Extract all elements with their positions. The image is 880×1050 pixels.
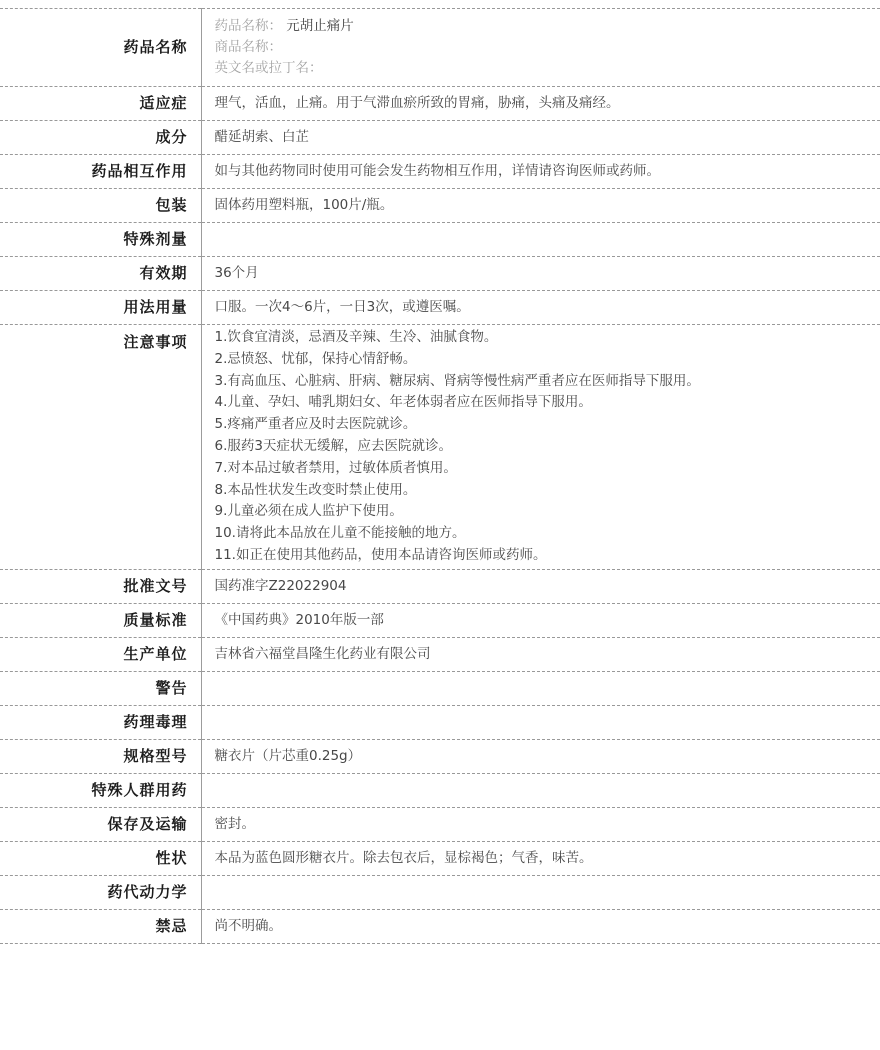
field-prefix: 商品名称： xyxy=(215,39,283,55)
drug-name-line: 药品名称： 元胡止痛片 xyxy=(215,16,871,37)
row-value: 国药准字Z22022904 xyxy=(201,569,880,603)
row-label: 包装 xyxy=(0,189,201,223)
table-row: 药品相互作用如与其他药物同时使用可能会发生药物相互作用，详情请咨询医师或药师。 xyxy=(0,155,880,189)
row-label: 有效期 xyxy=(0,257,201,291)
row-value xyxy=(201,705,880,739)
row-value: 糖衣片（片芯重0.25g） xyxy=(201,739,880,773)
table-row: 注意事项1.饮食宜清淡，忌酒及辛辣、生冷、油腻食物。2.忌愤怒、忧郁，保持心情舒… xyxy=(0,325,880,570)
row-label: 质量标准 xyxy=(0,603,201,637)
row-label: 成分 xyxy=(0,121,201,155)
row-label: 批准文号 xyxy=(0,569,201,603)
row-value: 口服。一次4～6片，一日3次，或遵医嘱。 xyxy=(201,291,880,325)
note-line: 1.饮食宜清淡，忌酒及辛辣、生冷、油腻食物。 xyxy=(215,327,871,349)
note-line: 2.忌愤怒、忧郁，保持心情舒畅。 xyxy=(215,349,871,371)
table-row: 适应症理气，活血，止痛。用于气滞血瘀所致的胃痛，胁痛，头痛及痛经。 xyxy=(0,87,880,121)
row-value: 尚不明确。 xyxy=(201,909,880,943)
drug-info-table-body: 药品名称药品名称： 元胡止痛片商品名称： 英文名或拉丁名： 适应症理气，活血，止… xyxy=(0,9,880,944)
note-line: 4.儿童、孕妇、哺乳期妇女、年老体弱者应在医师指导下服用。 xyxy=(215,392,871,414)
table-row: 警告 xyxy=(0,671,880,705)
note-line: 6.服药3天症状无缓解，应去医院就诊。 xyxy=(215,436,871,458)
row-value: 理气，活血，止痛。用于气滞血瘀所致的胃痛，胁痛，头痛及痛经。 xyxy=(201,87,880,121)
row-label: 特殊人群用药 xyxy=(0,773,201,807)
row-value: 本品为蓝色圆形糖衣片。除去包衣后，显棕褐色；气香，味苦。 xyxy=(201,841,880,875)
table-row: 特殊剂量 xyxy=(0,223,880,257)
row-label: 生产单位 xyxy=(0,637,201,671)
table-row: 包装固体药用塑料瓶，100片/瓶。 xyxy=(0,189,880,223)
table-row: 生产单位吉林省六福堂昌隆生化药业有限公司 xyxy=(0,637,880,671)
drug-info-table: 药品名称药品名称： 元胡止痛片商品名称： 英文名或拉丁名： 适应症理气，活血，止… xyxy=(0,8,880,944)
row-label: 特殊剂量 xyxy=(0,223,201,257)
row-value: 1.饮食宜清淡，忌酒及辛辣、生冷、油腻食物。2.忌愤怒、忧郁，保持心情舒畅。3.… xyxy=(201,325,880,570)
table-row: 性状本品为蓝色圆形糖衣片。除去包衣后，显棕褐色；气香，味苦。 xyxy=(0,841,880,875)
row-value: 密封。 xyxy=(201,807,880,841)
field-value: 元胡止痛片 xyxy=(286,18,354,34)
table-row: 成分醋延胡索、白芷 xyxy=(0,121,880,155)
row-label: 禁忌 xyxy=(0,909,201,943)
row-label: 药代动力学 xyxy=(0,875,201,909)
note-line: 8.本品性状发生改变时禁止使用。 xyxy=(215,480,871,502)
note-line: 10.请将此本品放在儿童不能接触的地方。 xyxy=(215,523,871,545)
row-value xyxy=(201,671,880,705)
row-label: 药品名称 xyxy=(0,9,201,87)
row-label: 用法用量 xyxy=(0,291,201,325)
table-row: 批准文号国药准字Z22022904 xyxy=(0,569,880,603)
table-row: 禁忌尚不明确。 xyxy=(0,909,880,943)
table-row: 用法用量口服。一次4～6片，一日3次，或遵医嘱。 xyxy=(0,291,880,325)
field-prefix: 英文名或拉丁名： xyxy=(215,60,323,76)
drug-name-line: 英文名或拉丁名： xyxy=(215,58,871,79)
row-value: 《中国药典》2010年版一部 xyxy=(201,603,880,637)
row-value: 36个月 xyxy=(201,257,880,291)
row-value: 醋延胡索、白芷 xyxy=(201,121,880,155)
row-value: 吉林省六福堂昌隆生化药业有限公司 xyxy=(201,637,880,671)
row-label: 保存及运输 xyxy=(0,807,201,841)
table-row: 药代动力学 xyxy=(0,875,880,909)
note-line: 7.对本品过敏者禁用，过敏体质者慎用。 xyxy=(215,458,871,480)
note-line: 3.有高血压、心脏病、肝病、糖尿病、肾病等慢性病严重者应在医师指导下服用。 xyxy=(215,371,871,393)
row-value: 如与其他药物同时使用可能会发生药物相互作用，详情请咨询医师或药师。 xyxy=(201,155,880,189)
row-label: 规格型号 xyxy=(0,739,201,773)
note-line: 11.如正在使用其他药品，使用本品请咨询医师或药师。 xyxy=(215,545,871,567)
table-row: 质量标准《中国药典》2010年版一部 xyxy=(0,603,880,637)
row-value xyxy=(201,223,880,257)
row-label: 药理毒理 xyxy=(0,705,201,739)
row-label: 药品相互作用 xyxy=(0,155,201,189)
table-row: 保存及运输密封。 xyxy=(0,807,880,841)
drug-name-line: 商品名称： xyxy=(215,37,871,58)
row-label: 性状 xyxy=(0,841,201,875)
row-label: 警告 xyxy=(0,671,201,705)
table-row: 规格型号糖衣片（片芯重0.25g） xyxy=(0,739,880,773)
row-value xyxy=(201,875,880,909)
row-value: 药品名称： 元胡止痛片商品名称： 英文名或拉丁名： xyxy=(201,9,880,87)
table-row: 药品名称药品名称： 元胡止痛片商品名称： 英文名或拉丁名： xyxy=(0,9,880,87)
row-value: 固体药用塑料瓶，100片/瓶。 xyxy=(201,189,880,223)
table-row: 特殊人群用药 xyxy=(0,773,880,807)
table-row: 药理毒理 xyxy=(0,705,880,739)
table-row: 有效期36个月 xyxy=(0,257,880,291)
row-label: 适应症 xyxy=(0,87,201,121)
row-label: 注意事项 xyxy=(0,325,201,570)
field-prefix: 药品名称： xyxy=(215,18,283,34)
row-value xyxy=(201,773,880,807)
note-line: 5.疼痛严重者应及时去医院就诊。 xyxy=(215,414,871,436)
note-line: 9.儿童必须在成人监护下使用。 xyxy=(215,501,871,523)
